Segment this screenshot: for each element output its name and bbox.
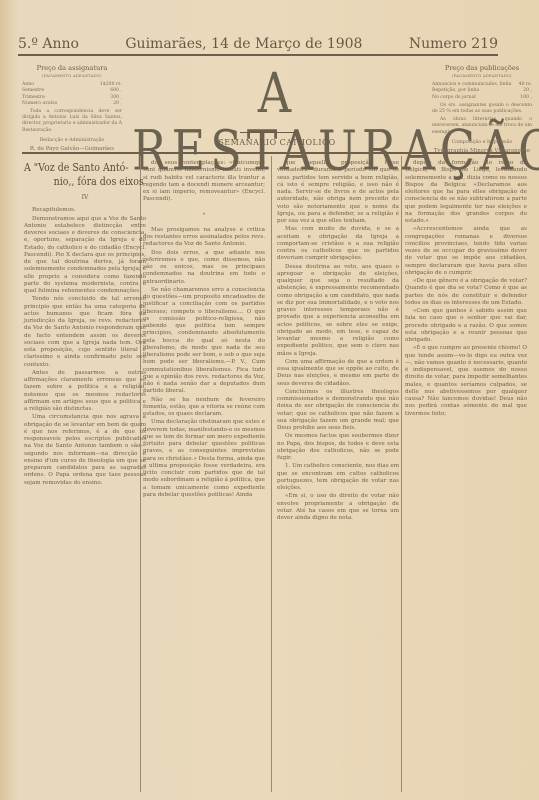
paragraph: Antes de passarmos a outras affirmações … [24,370,146,414]
volume-label: 5.º Anno [18,36,79,52]
publication-title: Preço das publicações [432,64,532,73]
masthead-rule [240,132,297,133]
paragraph: 1. Um catholico consciente, nos dias em … [277,463,399,492]
column-divider [401,156,402,792]
price-row: Numero avulso20 , [22,101,122,107]
subscription-box: Preço da assignatura (PAGAMENTO ADEANTAD… [22,64,122,152]
paragraph: «É o que cumpre ao presente chismo! O qu… [405,345,527,418]
paragraph: Concluímos os illustres theologos commis… [277,389,399,433]
paragraph: Uma declaração obstinaram que estes e de… [143,419,265,499]
subscription-subtitle: (PAGAMENTO ADEANTADO) [22,73,122,79]
paragraph: Tendo nós concluido de tal erroneo princ… [24,296,146,369]
header-rule [22,152,520,154]
paragraph: Com uma affirmação de que a ordem é essa… [277,359,399,388]
paragraph: «De que gênero é a obrigação de votar? Q… [405,278,527,307]
paragraph: Uma circumstancia que nos agrava a obrig… [24,414,146,487]
paragraph: Se não chamaremos erro a consciencia do … [143,287,265,396]
publication-note-2: As obras litterarias, quando o merecerem… [432,117,532,136]
newspaper-page: 5.º Anno Guimarães, 14 de Março de 1908 … [0,0,539,800]
paragraph: Dos dois erros, a que adiante nos referi… [143,250,265,286]
paragraph: Os mesmos factos que soubermos dizer no … [277,433,399,462]
article-column-2: dos seus contemplações: «Quicumque sunt … [143,160,265,500]
paragraph: Recapitulemos. [24,207,146,214]
article-title: A "Voz de Santo Antó- nio,, fóra dos eix… [24,160,144,188]
article-column-1: A "Voz de Santo Antó- nio,, fóra dos eix… [24,156,146,488]
subscription-note: Toda a correspondencia deve ser dirigida… [22,109,122,134]
paragraph: «Em si, o uso do direito de votar não en… [277,493,399,522]
section-number: IV [24,194,146,201]
publication-box: Preço das publicações (PAGAMENTO ADEANTA… [432,64,532,154]
publication-note-1: Os srs. assignantes gosam o desconto de … [432,103,532,115]
paragraph: Não se ha nenhum de fevereiro fomenta, e… [143,397,265,419]
paragraph: que aquella proposição fosse verdadeira—… [277,160,399,225]
article-column-3: que aquella proposição fosse verdadeira—… [277,160,399,523]
paragraph: Demonstramos aqui que a Voz de Santo Ant… [24,216,146,296]
article-title-line-1: A "Voz de Santo Antó- [24,160,129,174]
subscription-title: Preço da assignatura [22,64,122,73]
paragraph: depois da formação do reino da Belgica, … [405,160,527,225]
printing-heading: Composição e Impressão [432,140,532,146]
paragraph: Mas prosigamos na analyse e critica dos … [143,227,265,249]
masthead-subtitle: SEMANARIO CATHOLICO [132,138,422,147]
office-heading: Redacção e Administração [22,138,122,144]
paragraph: «Com que ganhos é sabido assim que fala … [405,308,527,344]
paragraph: dos seus contemplações: «Quicumque sunt … [143,160,265,204]
issue-number: Numero 219 [409,36,498,52]
paragraph: Dessa doutrina ao voto, aos quaes o apre… [277,264,399,358]
price-row: No corpo do jornal100 , [432,95,532,101]
article-column-4: depois da formação do reino da Belgica, … [405,160,527,419]
article-title-line-2: nio,, fóra dos eixos [24,174,144,188]
header-line: 5.º Anno Guimarães, 14 de Março de 1908 … [18,30,498,56]
column-divider [271,156,272,792]
publication-subtitle: (PAGAMENTO ADEANTADO) [432,73,532,79]
paragraph: «Accrescentemos ainda que as congregaçõe… [405,226,527,277]
paragraph: Mas com muito de duvida, e se a aceitam … [277,226,399,262]
section-separator: * [143,212,265,219]
dateline: Guimarães, 14 de Março de 1908 [125,36,362,52]
